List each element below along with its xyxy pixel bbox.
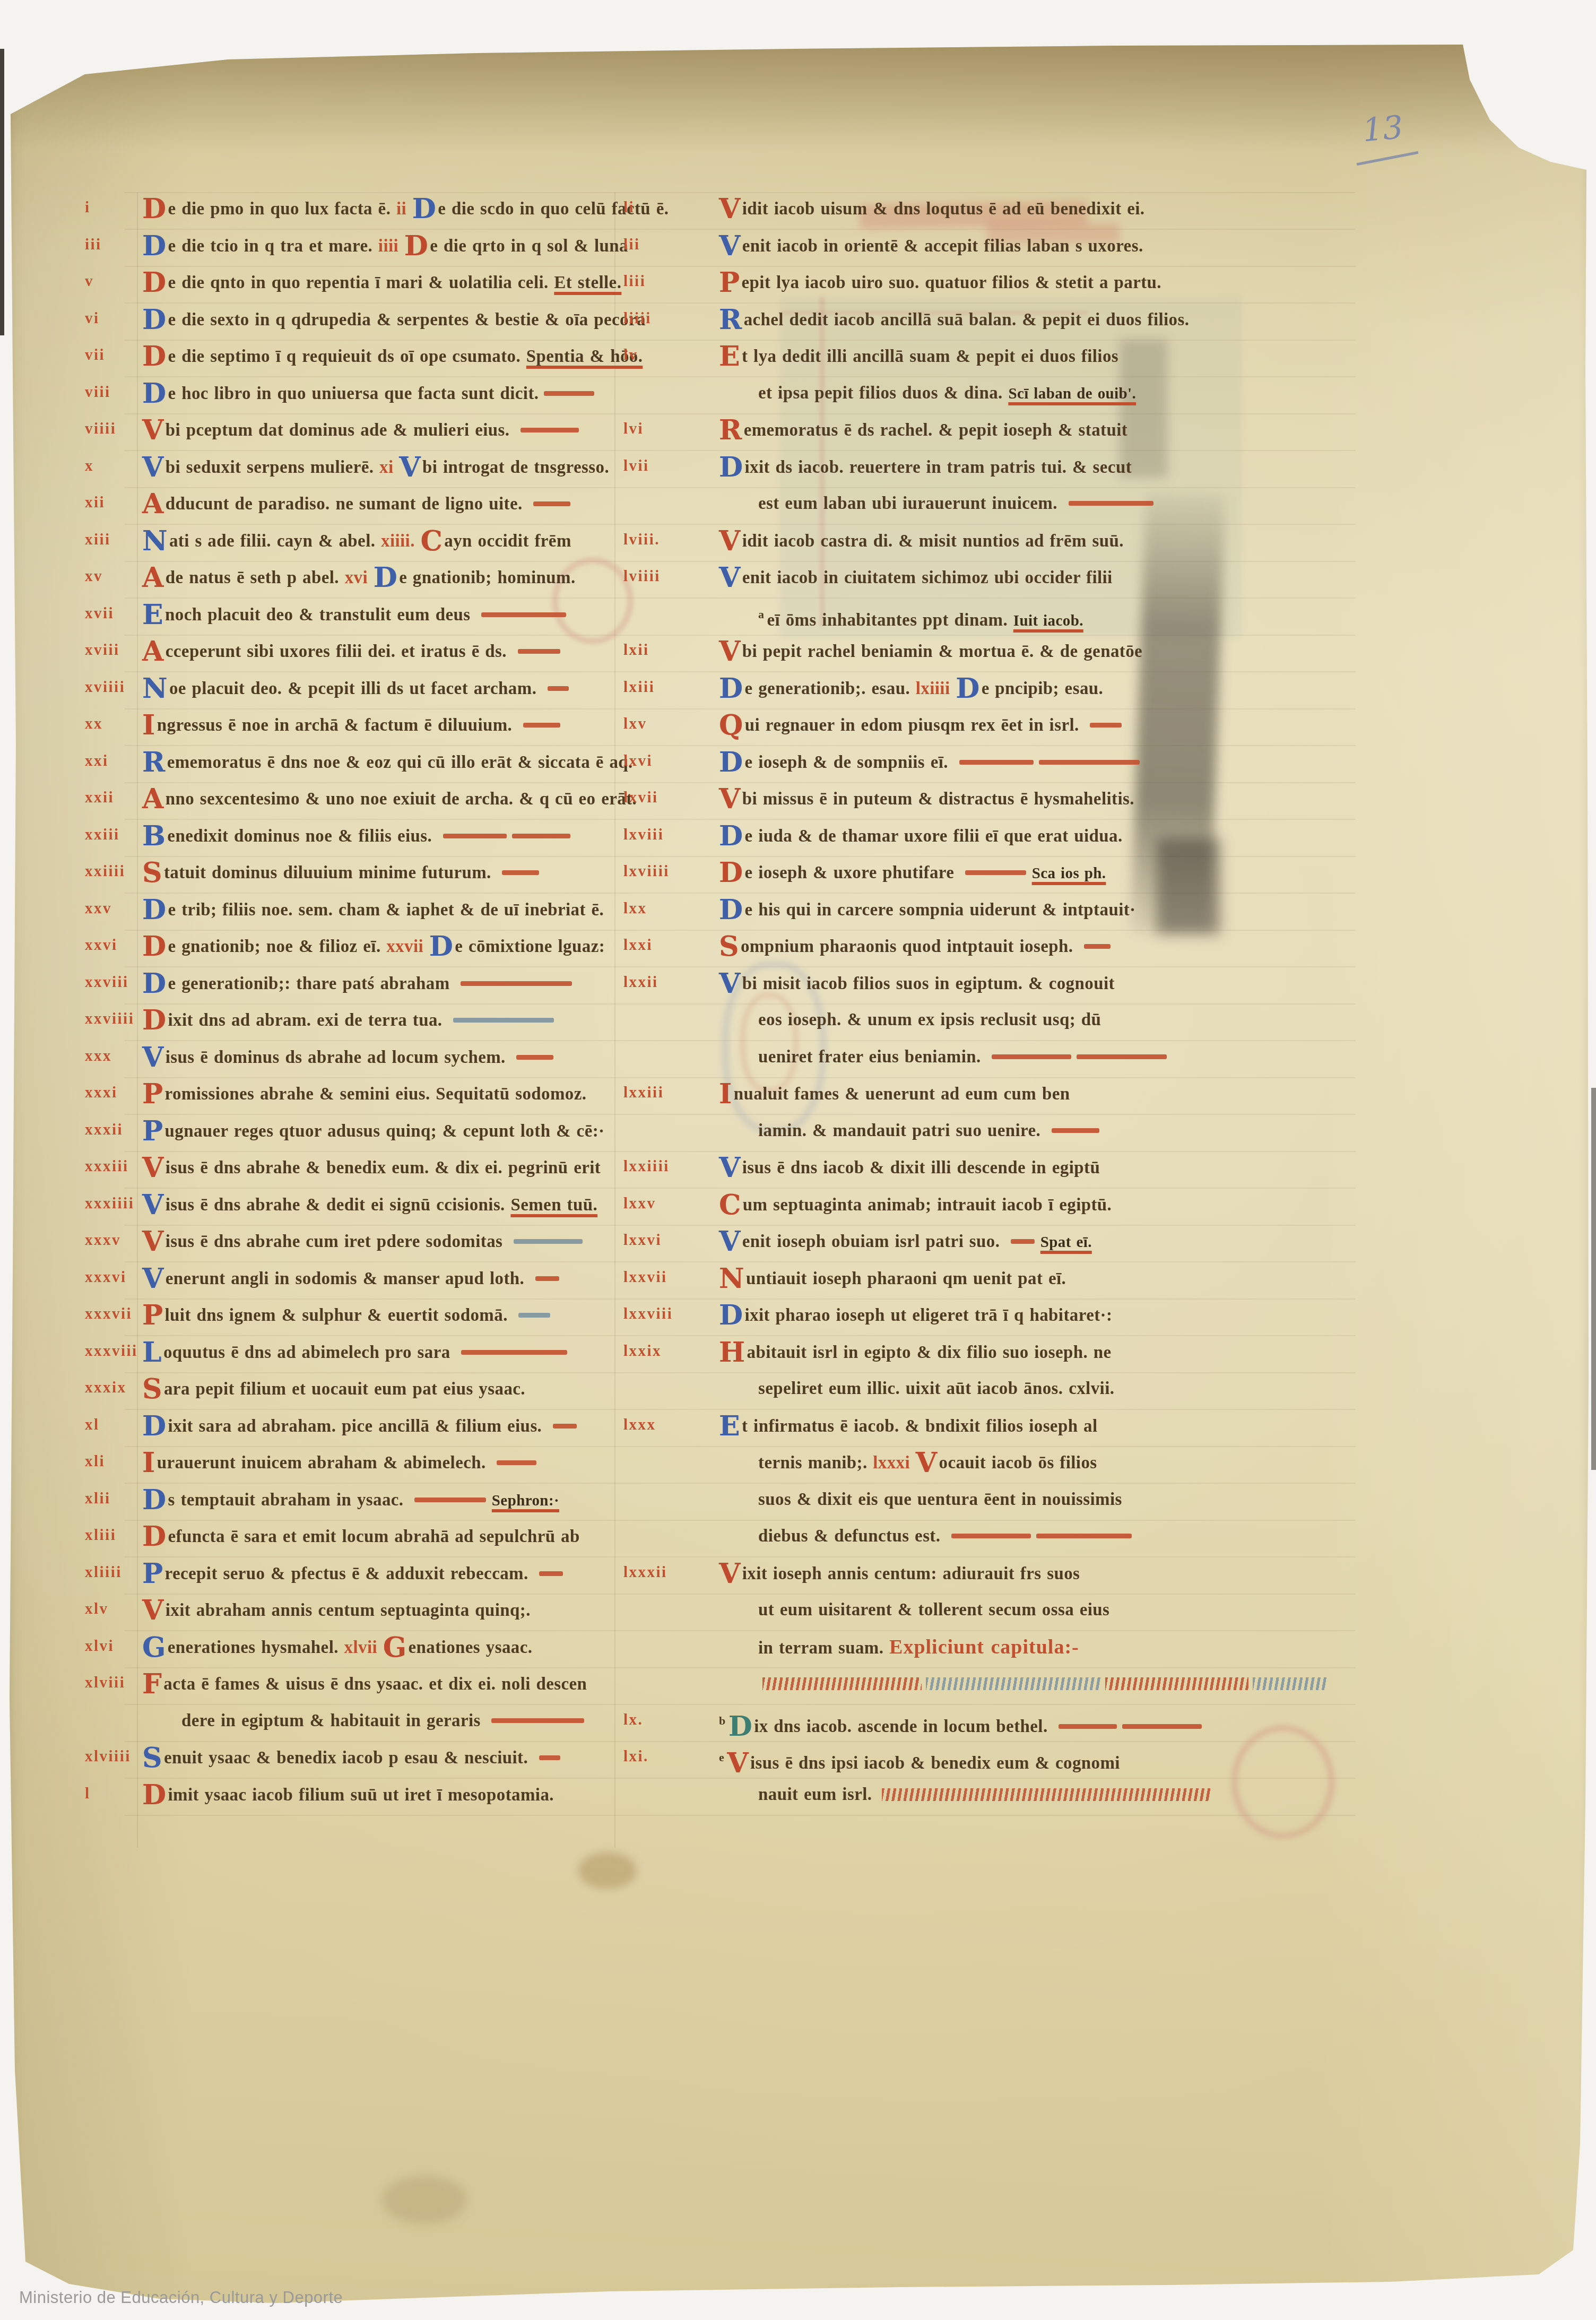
inline-chapter-numeral: xiiii. <box>381 532 420 551</box>
marginal-gloss: Sephron:· <box>492 1492 559 1509</box>
text-segment: untiauit ioseph pharaoni qm uenit pat eī… <box>746 1269 1066 1288</box>
text-segment: enuit ysaac & benedix iacob p esau & nes… <box>164 1748 534 1768</box>
capitulum-line: xlDixit sara ad abraham. pice ancillā & … <box>80 1413 577 1443</box>
decorated-initial: D <box>142 1410 167 1442</box>
capitulum-line: lxiiiDe generationib;. esau. lxiiii De p… <box>618 675 1103 706</box>
capitulum-line: viiiiVbi pceptum dat dominus ade & mulie… <box>80 417 579 447</box>
decorated-initial: V <box>719 1225 741 1258</box>
chapter-numeral: liii <box>623 273 646 289</box>
decorated-initial: D <box>719 856 743 889</box>
capitulum-line: xVbi seduxit serpens mulierē. xi Vbi int… <box>80 454 609 484</box>
capitulum-text: De generationib;: thare patś abraham <box>142 970 572 998</box>
capitulum-text: Venerunt angli in sodomis & manser apud … <box>142 1265 559 1293</box>
text-segment: imit ysaac iacob filium suū ut iret ī me… <box>168 1786 554 1805</box>
chapter-numeral: vii <box>85 347 105 363</box>
chapter-numeral: xlviii <box>85 1675 125 1691</box>
text-segment: e die qrto in q sol & luna <box>430 237 628 256</box>
folio-number-underline <box>1357 151 1419 166</box>
text-segment: e gnationib; noe & filioz eī. <box>168 937 387 956</box>
decorated-initial: D <box>374 561 398 594</box>
line-filler-dash <box>1011 1239 1035 1244</box>
marginal-gloss: Iuit iacob. <box>1013 612 1083 629</box>
capitulum-line: ueniret frater eius beniamin. <box>618 1044 1167 1075</box>
text-segment: iamin. & mandauit patri suo uenire. <box>758 1121 1046 1140</box>
text-segment: efuncta ē sara et emit locum abrahā ad s… <box>168 1527 580 1546</box>
decorated-initial: P <box>142 1115 163 1147</box>
capitulum-line: lxxDe his qui in carcere sompnia uiderun… <box>618 896 1136 927</box>
text-segment: bi pepit rachel beniamin & mortua ē. & d… <box>742 642 1142 661</box>
inline-chapter-numeral: lxxxi <box>873 1453 916 1473</box>
line-filler-dash <box>481 612 566 617</box>
inline-chapter-numeral: xvi <box>345 568 374 587</box>
capitulum-line: xxxiPromissiones abrahe & semini eius. S… <box>80 1080 586 1111</box>
text-segment: e iuda & de thamar uxore filii eī que er… <box>745 827 1123 846</box>
text-segment: ixit ds iacob. reuertere in tram patris … <box>745 458 1132 477</box>
text-segment: enit iacob in orientē & accepit filias l… <box>742 237 1143 256</box>
line-filler-dash <box>516 1055 553 1060</box>
text-segment: e die tcio in q tra et mare. <box>168 237 378 256</box>
line-filler-squiggle <box>1253 1677 1327 1690</box>
chapter-numeral: xx <box>85 716 103 732</box>
capitulum-text: Vbi pepit rachel beniamin & mortua ē. & … <box>719 638 1142 665</box>
decorated-initial: D <box>956 672 980 705</box>
decorated-initial: D <box>142 894 167 926</box>
text-segment: ememoratus ē ds rachel. & pepit ioseph &… <box>744 421 1128 440</box>
chapter-numeral: xlv <box>85 1601 109 1617</box>
text-segment: bi introgat de tnsgresso. <box>422 458 609 477</box>
line-filler-dash <box>518 649 560 654</box>
decorated-initial: S <box>142 1742 162 1774</box>
chapter-numeral: xviii <box>85 642 120 658</box>
capitulum-text: Sara pepit filium et uocauit eum pat eiu… <box>142 1375 525 1403</box>
capitulum-text: Acceperunt sibi uxores filii dei. et ira… <box>142 638 560 665</box>
decorated-initial: G <box>142 1631 166 1664</box>
text-segment: enerationes hysmahel. <box>168 1638 344 1657</box>
capitulum-line: viiDe die septimo ī q requieuit ds oī op… <box>80 343 643 374</box>
capitulum-line: xliiiiPrecepit seruo & pfectus ē & addux… <box>80 1560 563 1591</box>
capitulum-text: Ade natus ē seth p abel. xvi De gnationi… <box>142 564 576 592</box>
capitulum-text: De die sexto in q qdrupedia & serpentes … <box>142 306 646 334</box>
capitulum-line: xviiEnoch placuit deo & transtulit eum d… <box>80 601 566 632</box>
decorated-initial: P <box>142 1299 163 1331</box>
chapter-numeral: iii <box>85 237 102 253</box>
capitulum-text: Statuit dominus diluuium minime futurum. <box>142 859 539 887</box>
capitulum-text: Adducunt de paradiso. ne sumant de ligno… <box>142 490 570 518</box>
text-segment: ixit abraham annis centum septuaginta qu… <box>166 1601 531 1620</box>
text-segment: enedixit dominus noe & filiis eius. <box>167 827 438 846</box>
text-segment: isus ē dns ipsi iacob & benedix eum & co… <box>750 1754 1120 1773</box>
chapter-numeral: lxv <box>623 716 647 732</box>
capitulum-line: lxviiiDe iuda & de thamar uxore filii eī… <box>618 823 1123 853</box>
parchment-top-shading <box>10 45 1588 151</box>
capitulum-line: xxxviiiLoquutus ē dns ad abimelech pro s… <box>80 1339 567 1370</box>
capitulum-line: lxi.eVisus ē dns ipsi iacob & benedix eu… <box>618 1744 1120 1775</box>
chapter-numeral: lxxii <box>623 974 658 990</box>
chapter-numeral: xxxix <box>85 1380 127 1396</box>
capitulum-line: ut eum uisitarent & tollerent secum ossa… <box>618 1597 1109 1628</box>
chapter-numeral: lviii. <box>623 532 660 548</box>
text-segment: ui regnauer in edom piusqm rex ēet in is… <box>745 716 1085 735</box>
insertion-mark: b <box>719 1714 726 1727</box>
chapter-numeral: xvii <box>85 605 114 621</box>
text-segment: ixit pharao ioseph ut eligeret trā ī q h… <box>745 1306 1113 1325</box>
decorated-initial: D <box>142 967 167 1000</box>
capitulum-line: aeī ōms inhabitantes ppt dinam. Iuit iac… <box>618 601 1083 632</box>
chapter-numeral: l <box>85 1786 91 1802</box>
text-segment: achel dedit iacob ancillā suā balan. & p… <box>744 310 1190 330</box>
decorated-initial: D <box>719 820 743 852</box>
chapter-numeral: lx. <box>623 1712 643 1728</box>
capitulum-text: Defuncta ē sara et emit locum abrahā ad … <box>142 1523 580 1551</box>
decorated-initial: S <box>142 1373 162 1405</box>
text-segment: nualuit fames & uenerunt ad eum cum ben <box>734 1085 1070 1104</box>
line-filler-dash <box>535 1276 559 1281</box>
decorated-initial: D <box>142 1484 167 1516</box>
capitulum-line: lxiiVbi pepit rachel beniamin & mortua ē… <box>618 638 1142 669</box>
text-segment: e hoc libro in quo uniuersa que facta su… <box>168 384 539 403</box>
inline-chapter-numeral: lxiiii <box>916 679 956 698</box>
decorated-initial: D <box>142 930 167 963</box>
line-filler-dash <box>518 1313 550 1318</box>
capitulum-text: De hoc libro in quo uniuersa que facta s… <box>142 380 594 408</box>
decorated-initial: A <box>142 635 164 668</box>
capitulum-text: Nati s ade filii. cayn & abel. xiiii. Ca… <box>142 527 571 555</box>
decorated-initial: D <box>142 377 167 410</box>
capitulum-text: Sompnium pharaonis quod intptauit ioseph… <box>719 933 1111 960</box>
decorated-initial: V <box>142 451 164 483</box>
capitulum-text: Visus ē dns iacob & dixit illi descende … <box>719 1154 1100 1182</box>
text-segment: ut eum uisitarent & tollerent secum ossa… <box>758 1600 1109 1620</box>
chapter-numeral: lxii <box>623 642 649 658</box>
text-segment: ueniret frater eius beniamin. <box>758 1048 986 1067</box>
capitulum-text: Dixit pharao ioseph ut eligeret trā ī q … <box>719 1302 1112 1329</box>
capitulum-text: Vbi missus ē in puteum & distractus ē hy… <box>719 785 1134 813</box>
chapter-numeral: lxxix <box>623 1343 662 1359</box>
text-segment: eī ōms inhabitantes ppt dinam. <box>767 611 1013 630</box>
capitulum-text: Dixit dns ad abram. exi de terra tua. <box>142 1007 554 1034</box>
chapter-numeral: xxviii <box>85 974 129 990</box>
decorated-initial: V <box>719 230 741 262</box>
capitulum-line: lxxiiiiVisus ē dns iacob & dixit illi de… <box>618 1154 1100 1185</box>
decorated-initial: E <box>142 599 163 631</box>
decorated-initial: V <box>142 1225 164 1258</box>
capitulum-text: Rememoratus ē ds rachel. & pepit ioseph … <box>719 417 1127 444</box>
capitulum-text: Loquutus ē dns ad abimelech pro sara <box>142 1339 567 1366</box>
text-segment: ix dns iacob. ascende in locum bethel. <box>754 1717 1053 1736</box>
capitulum-text: Ds temptauit abraham in ysaac. Sephron:· <box>142 1486 559 1514</box>
capitulum-text: ut eum uisitarent & tollerent secum ossa… <box>758 1597 1109 1623</box>
capitulum-text: De die tcio in q tra et mare. iiii De di… <box>142 232 628 260</box>
capitulum-text: in terram suam. Expliciunt capitula:- <box>758 1634 1079 1661</box>
decorated-initial: V <box>142 1041 164 1074</box>
chapter-numeral: viiii <box>85 421 116 437</box>
text-segment: recepit seruo & pfectus ē & adduxit rebe… <box>165 1564 534 1583</box>
capitulum-line: et ipsa pepit filios duos & dina. Scī la… <box>618 380 1136 411</box>
chapter-numeral: xxxiii <box>85 1158 129 1174</box>
capitulum-text: De die qnto in quo repentia ī mari & uol… <box>142 269 621 297</box>
line-filler-dash <box>453 1018 554 1023</box>
chapter-numeral: xlviiii <box>85 1748 131 1764</box>
text-segment: e die sexto in q qdrupedia & serpentes &… <box>168 310 646 330</box>
text-segment: enit iacob in ciuitatem sichimoz ubi occ… <box>742 568 1113 587</box>
text-segment: ememoratus ē dns noe & eoz qui cū illo e… <box>167 753 633 772</box>
line-filler-dash <box>1122 1724 1202 1729</box>
decorated-initial: P <box>719 266 740 299</box>
decorated-initial: E <box>719 1410 740 1442</box>
text-segment: nno sexcentesimo & uno noe exiuit de arc… <box>166 790 637 809</box>
chapter-numeral: xxii <box>85 790 114 806</box>
column-rule-right <box>614 192 615 1848</box>
capitulum-line: liiiiRachel dedit iacob ancillā suā bala… <box>618 306 1189 337</box>
capitulum-line: xxxixSara pepit filium et uocauit eum pa… <box>80 1375 525 1406</box>
stain <box>382 2176 467 2223</box>
capitulum-line: xxiiAnno sexcentesimo & uno noe exiuit d… <box>80 785 637 816</box>
text-segment: ngressus ē noe in archā & factum ē diluu… <box>157 716 518 735</box>
chapter-numeral: vi <box>85 310 100 326</box>
decorated-initial: G <box>383 1631 407 1664</box>
capitulum-line: xxxiiiiVisus ē dns abrahe & dedit ei sig… <box>80 1191 597 1222</box>
text-segment: abitauit isrl in egipto & dix filio suo … <box>747 1343 1112 1362</box>
line-filler-dash <box>539 1571 563 1576</box>
insertion-mark: e <box>719 1751 724 1764</box>
decorated-initial: V <box>727 1747 749 1779</box>
decorated-initial: V <box>719 561 741 594</box>
line-filler-squiggle <box>882 1788 1211 1801</box>
text-segment: noch placuit deo & transtulit eum deus <box>165 605 476 625</box>
text-segment: dere in egiptum & habitauit in geraris <box>181 1711 486 1730</box>
chapter-numeral: xxxi <box>85 1085 118 1101</box>
decorated-initial: D <box>142 230 167 262</box>
chapter-numeral: lxiii <box>623 679 655 695</box>
capitulum-text: bDix dns iacob. ascende in locum bethel. <box>719 1708 1202 1741</box>
capitulum-text: Et infirmatus ē iacob. & bndixit filios … <box>719 1413 1098 1440</box>
capitulum-line: iiiDe die tcio in q tra et mare. iiii De… <box>80 232 628 263</box>
decorated-initial: I <box>719 1078 732 1110</box>
capitulum-line: xxiiiBenedixit dominus noe & filiis eius… <box>80 823 570 853</box>
line-filler-dash <box>992 1054 1071 1059</box>
capitulum-line: lx.bDix dns iacob. ascende in locum beth… <box>618 1708 1202 1738</box>
text-segment: e gnationib; hominum. <box>399 568 575 587</box>
capitulum-line: xvAde natus ē seth p abel. xvi De gnatio… <box>80 564 576 595</box>
capitulum-line: xlviGenerationes hysmahel. xlvii Genatio… <box>80 1634 532 1665</box>
capitulum-text: Rememoratus ē dns noe & eoz qui cū illo … <box>142 749 633 776</box>
chapter-numeral: xviiii <box>85 679 125 695</box>
capitulum-line: lvEt lya dedit illi ancillā suam & pepit… <box>618 343 1118 374</box>
chapter-numeral: lxx <box>623 901 647 916</box>
text-segment: enationes ysaac. <box>408 1638 532 1657</box>
capitulum-line: lviRememoratus ē ds rachel. & pepit iose… <box>618 417 1127 447</box>
chapter-numeral: xxxiiii <box>85 1196 134 1211</box>
line-filler-dash <box>443 834 507 838</box>
decorated-initial: R <box>142 746 166 778</box>
capitulum-text: Precepit seruo & pfectus ē & adduxit reb… <box>142 1560 563 1588</box>
capitulum-line: xxxviVenerunt angli in sodomis & manser … <box>80 1265 559 1296</box>
text-segment: nauit eum isrl. <box>758 1785 878 1804</box>
capitulum-text: De his qui in carcere sompnia uiderunt &… <box>719 896 1136 924</box>
text-segment: diebus & defunctus est. <box>758 1527 946 1546</box>
decorated-initial: V <box>142 1262 164 1295</box>
decorated-initial: V <box>142 1189 164 1221</box>
chapter-numeral: xxiii <box>85 827 120 843</box>
chapter-numeral: lv <box>623 347 638 363</box>
chapter-numeral: xxviiii <box>85 1011 134 1027</box>
text-segment: ocauit iacob ōs filios <box>939 1453 1097 1473</box>
capitulum-line: xxxVisus ē dominus ds abrahe ad locum sy… <box>80 1044 553 1075</box>
capitulum-text: iamin. & mandauit patri suo uenire. <box>758 1118 1099 1144</box>
decorated-initial: V <box>719 783 741 815</box>
capitulum-line: eos ioseph. & unum ex ipsis reclusit usq… <box>618 1007 1101 1037</box>
capitulum-text: Facta ē fames & uisus ē dns ysaac. et di… <box>142 1670 587 1698</box>
chapter-numeral: lxi. <box>623 1748 649 1764</box>
decorated-initial: D <box>142 1779 167 1811</box>
capitulum-text: Pugnauer reges qtuor adusus quinq; & cep… <box>142 1118 605 1145</box>
capitulum-text: Noe placuit deo. & pcepit illi ds ut fac… <box>142 675 569 703</box>
chapter-numeral: xliii <box>85 1527 116 1543</box>
text-segment: isus ē dns abrahe & benedix eum. & dix e… <box>166 1158 601 1178</box>
capitulum-line: dere in egiptum & habitauit in geraris <box>80 1708 584 1738</box>
chapter-numeral: xxx <box>85 1048 112 1064</box>
text-segment: bi pceptum dat dominus ade & mulieri eiu… <box>166 421 515 440</box>
text-segment: e generationib;. esau. <box>745 679 916 698</box>
chapter-numeral: lxvi <box>623 753 653 769</box>
capitulum-text: diebus & defunctus est. <box>758 1523 1132 1549</box>
chapter-numeral: xliiii <box>85 1564 122 1580</box>
chapter-numeral: lxvii <box>623 790 658 806</box>
capitulum-text: De ioseph & de sompniis eī. <box>719 749 1140 776</box>
capitulum-text: Vbi misit iacob filios suos in egiptum. … <box>719 970 1115 998</box>
capitulum-line: lviiDixit ds iacob. reuertere in tram pa… <box>618 454 1132 484</box>
decorated-initial: D <box>142 1004 167 1036</box>
decorated-initial: S <box>142 856 162 889</box>
decorated-initial: D <box>142 304 167 336</box>
capitulum-text: Dimit ysaac iacob filium suū ut iret ī m… <box>142 1781 554 1809</box>
text-segment: t lya dedit illi ancillā suam & pepit ei… <box>742 347 1118 366</box>
text-segment: s temptauit abraham in ysaac. <box>168 1491 410 1510</box>
capitulum-line: lxxxEt infirmatus ē iacob. & bndixit fil… <box>618 1413 1098 1443</box>
decorated-initial: D <box>142 266 167 299</box>
inline-chapter-numeral: xi <box>379 458 399 477</box>
decorated-initial: C <box>421 525 443 557</box>
capitulum-line: lxxxiiVixit ioseph annis centum: adiurau… <box>618 1560 1080 1591</box>
capitulum-text: Promissiones abrahe & semini eius. Sequi… <box>142 1080 586 1108</box>
explicit-rubric: Expliciunt capitula:- <box>889 1636 1079 1658</box>
capitulum-text: Inualuit fames & uenerunt ad eum cum ben <box>719 1080 1070 1108</box>
text-segment: enerunt angli in sodomis & manser apud l… <box>166 1269 530 1288</box>
capitulum-line: suos & dixit eis que uentura ēent in nou… <box>618 1486 1122 1517</box>
text-segment: ixit sara ad abraham. pice ancillā & fil… <box>168 1417 548 1436</box>
decorated-initial: N <box>142 672 168 705</box>
capitulum-line: xxviiiDe generationib;: thare patś abrah… <box>80 970 572 1001</box>
text-segment: cceperunt sibi uxores filii dei. et irat… <box>166 642 513 661</box>
text-segment: sepeliret eum illic. uixit aūt iacob āno… <box>758 1379 1114 1398</box>
text-segment: epit lya iacob uiro suo. quatuor filios … <box>742 273 1161 292</box>
text-segment: de natus ē seth p abel. <box>166 568 345 587</box>
capitulum-text: Pluit dns ignem & sulphur & euertit sodo… <box>142 1302 550 1329</box>
chapter-numeral: lxviii <box>623 827 664 843</box>
decorated-initial: V <box>916 1447 938 1479</box>
line-filler-dash <box>553 1424 577 1429</box>
text-segment: bi missus ē in puteum & distractus ē hys… <box>742 790 1134 809</box>
chapter-numeral: lxxvii <box>623 1269 667 1285</box>
text-segment: romissiones abrahe & semini eius. Sequit… <box>165 1085 587 1104</box>
capitulum-text: De trib; filiis noe. sem. cham & iaphet … <box>142 896 604 924</box>
capitulum-text: ueniret frater eius beniamin. <box>758 1044 1167 1070</box>
capitulum-line: lxxiSompnium pharaonis quod intptauit io… <box>618 933 1111 964</box>
marginal-gloss: Spat eī. <box>1040 1234 1092 1251</box>
decorated-initial: A <box>142 783 164 815</box>
decorated-initial: D <box>142 340 167 373</box>
capitulum-text: ternis manib;. lxxxi Vocauit iacob ōs fi… <box>758 1449 1097 1477</box>
decorated-initial: N <box>142 525 168 557</box>
capitulum-line: lxxviVenit ioseph obuiam isrl patri suo.… <box>618 1228 1092 1259</box>
capitulum-line: ternis manib;. lxxxi Vocauit iacob ōs fi… <box>618 1449 1097 1480</box>
capitulum-line: xxxviiPluit dns ignem & sulphur & euerti… <box>80 1302 550 1332</box>
text-segment: e trib; filiis noe. sem. cham & iaphet &… <box>168 901 604 920</box>
chapter-numeral: lxxviii <box>623 1306 673 1322</box>
decorated-initial: A <box>142 488 164 520</box>
capitulum-text: Generationes hysmahel. xlvii Genationes … <box>142 1634 532 1661</box>
text-segment: oe placuit deo. & pcepit illi ds ut face… <box>169 679 542 698</box>
capitulum-line: lxxiiVbi misit iacob filios suos in egip… <box>618 970 1115 1001</box>
decorated-initial: V <box>719 193 741 225</box>
capitulum-text: De generationib;. esau. lxiiii De pncipi… <box>719 675 1103 703</box>
capitulum-text: nauit eum isrl. <box>758 1781 1211 1808</box>
capitulum-line: xxviDe gnationib; noe & filioz eī. xxvii… <box>80 933 605 964</box>
chapter-numeral: lviiii <box>623 568 661 584</box>
decorated-initial: V <box>719 1557 741 1590</box>
chapter-numeral: xii <box>85 495 105 510</box>
decorated-initial: V <box>719 635 741 668</box>
capitulum-text: De gnationib; noe & filioz eī. xxvii De … <box>142 933 605 960</box>
capitulum-line: iamin. & mandauit patri suo uenire. <box>618 1118 1099 1148</box>
capitulum-line: liVidit iacob uisum & dns loqutus ē ad e… <box>618 195 1144 226</box>
decorated-initial: R <box>719 414 742 446</box>
chapter-numeral: xxxvii <box>85 1306 132 1322</box>
capitulum-text: Visus ē dominus ds abrahe ad locum syche… <box>142 1044 553 1071</box>
decorated-initial: D <box>404 230 429 262</box>
capitulum-line: viDe die sexto in q qdrupedia & serpente… <box>80 306 646 337</box>
scan-edge-right <box>1591 1088 1596 1470</box>
chapter-numeral: v <box>85 273 94 289</box>
capitulum-text <box>758 1670 1327 1697</box>
capitulum-text: Iurauerunt inuicem abraham & abimelech. <box>142 1449 536 1477</box>
text-segment: ternis manib;. <box>758 1453 873 1473</box>
text-segment: urauerunt inuicem abraham & abimelech. <box>157 1453 492 1473</box>
capitulum-text: Visus ē dns abrahe & dedit ei signū ccis… <box>142 1191 597 1219</box>
decorated-initial: Q <box>719 709 743 741</box>
capitulum-line: lviiiiVenit iacob in ciuitatem sichimoz … <box>618 564 1113 595</box>
chapter-numeral: i <box>85 200 91 215</box>
chapter-numeral: xv <box>85 568 103 584</box>
capitulum-text: eos ioseph. & unum ex ipsis reclusit usq… <box>758 1007 1101 1033</box>
capitulum-text: Visus ē dns abrahe & benedix eum. & dix … <box>142 1154 601 1182</box>
marginal-gloss: Scī laban de ouib'. <box>1008 385 1136 402</box>
line-filler-dash <box>533 501 570 506</box>
capitulum-line: xliiiDefuncta ē sara et emit locum abrah… <box>80 1523 580 1554</box>
chapter-numeral: lvii <box>623 458 649 474</box>
line-filler-dash <box>951 1534 1031 1538</box>
capitulum-line: lDimit ysaac iacob filium suū ut iret ī … <box>80 1781 554 1812</box>
line-filler-dash <box>1069 501 1153 506</box>
text-segment: ugnauer reges qtuor adusus quinq; & cepu… <box>165 1122 605 1141</box>
chapter-numeral: xxxviii <box>85 1343 138 1359</box>
text-segment <box>1026 863 1032 882</box>
capitulum-text: Venit ioseph obuiam isrl patri suo. Spat… <box>719 1228 1092 1256</box>
line-filler-dash <box>1039 760 1140 765</box>
capitulum-text: Vixit abraham annis centum septuaginta q… <box>142 1597 531 1624</box>
text-segment: e die pmo in quo lux facta ē. <box>168 200 396 219</box>
capitulum-text: Vixit ioseph annis centum: adiurauit frs… <box>719 1560 1080 1588</box>
